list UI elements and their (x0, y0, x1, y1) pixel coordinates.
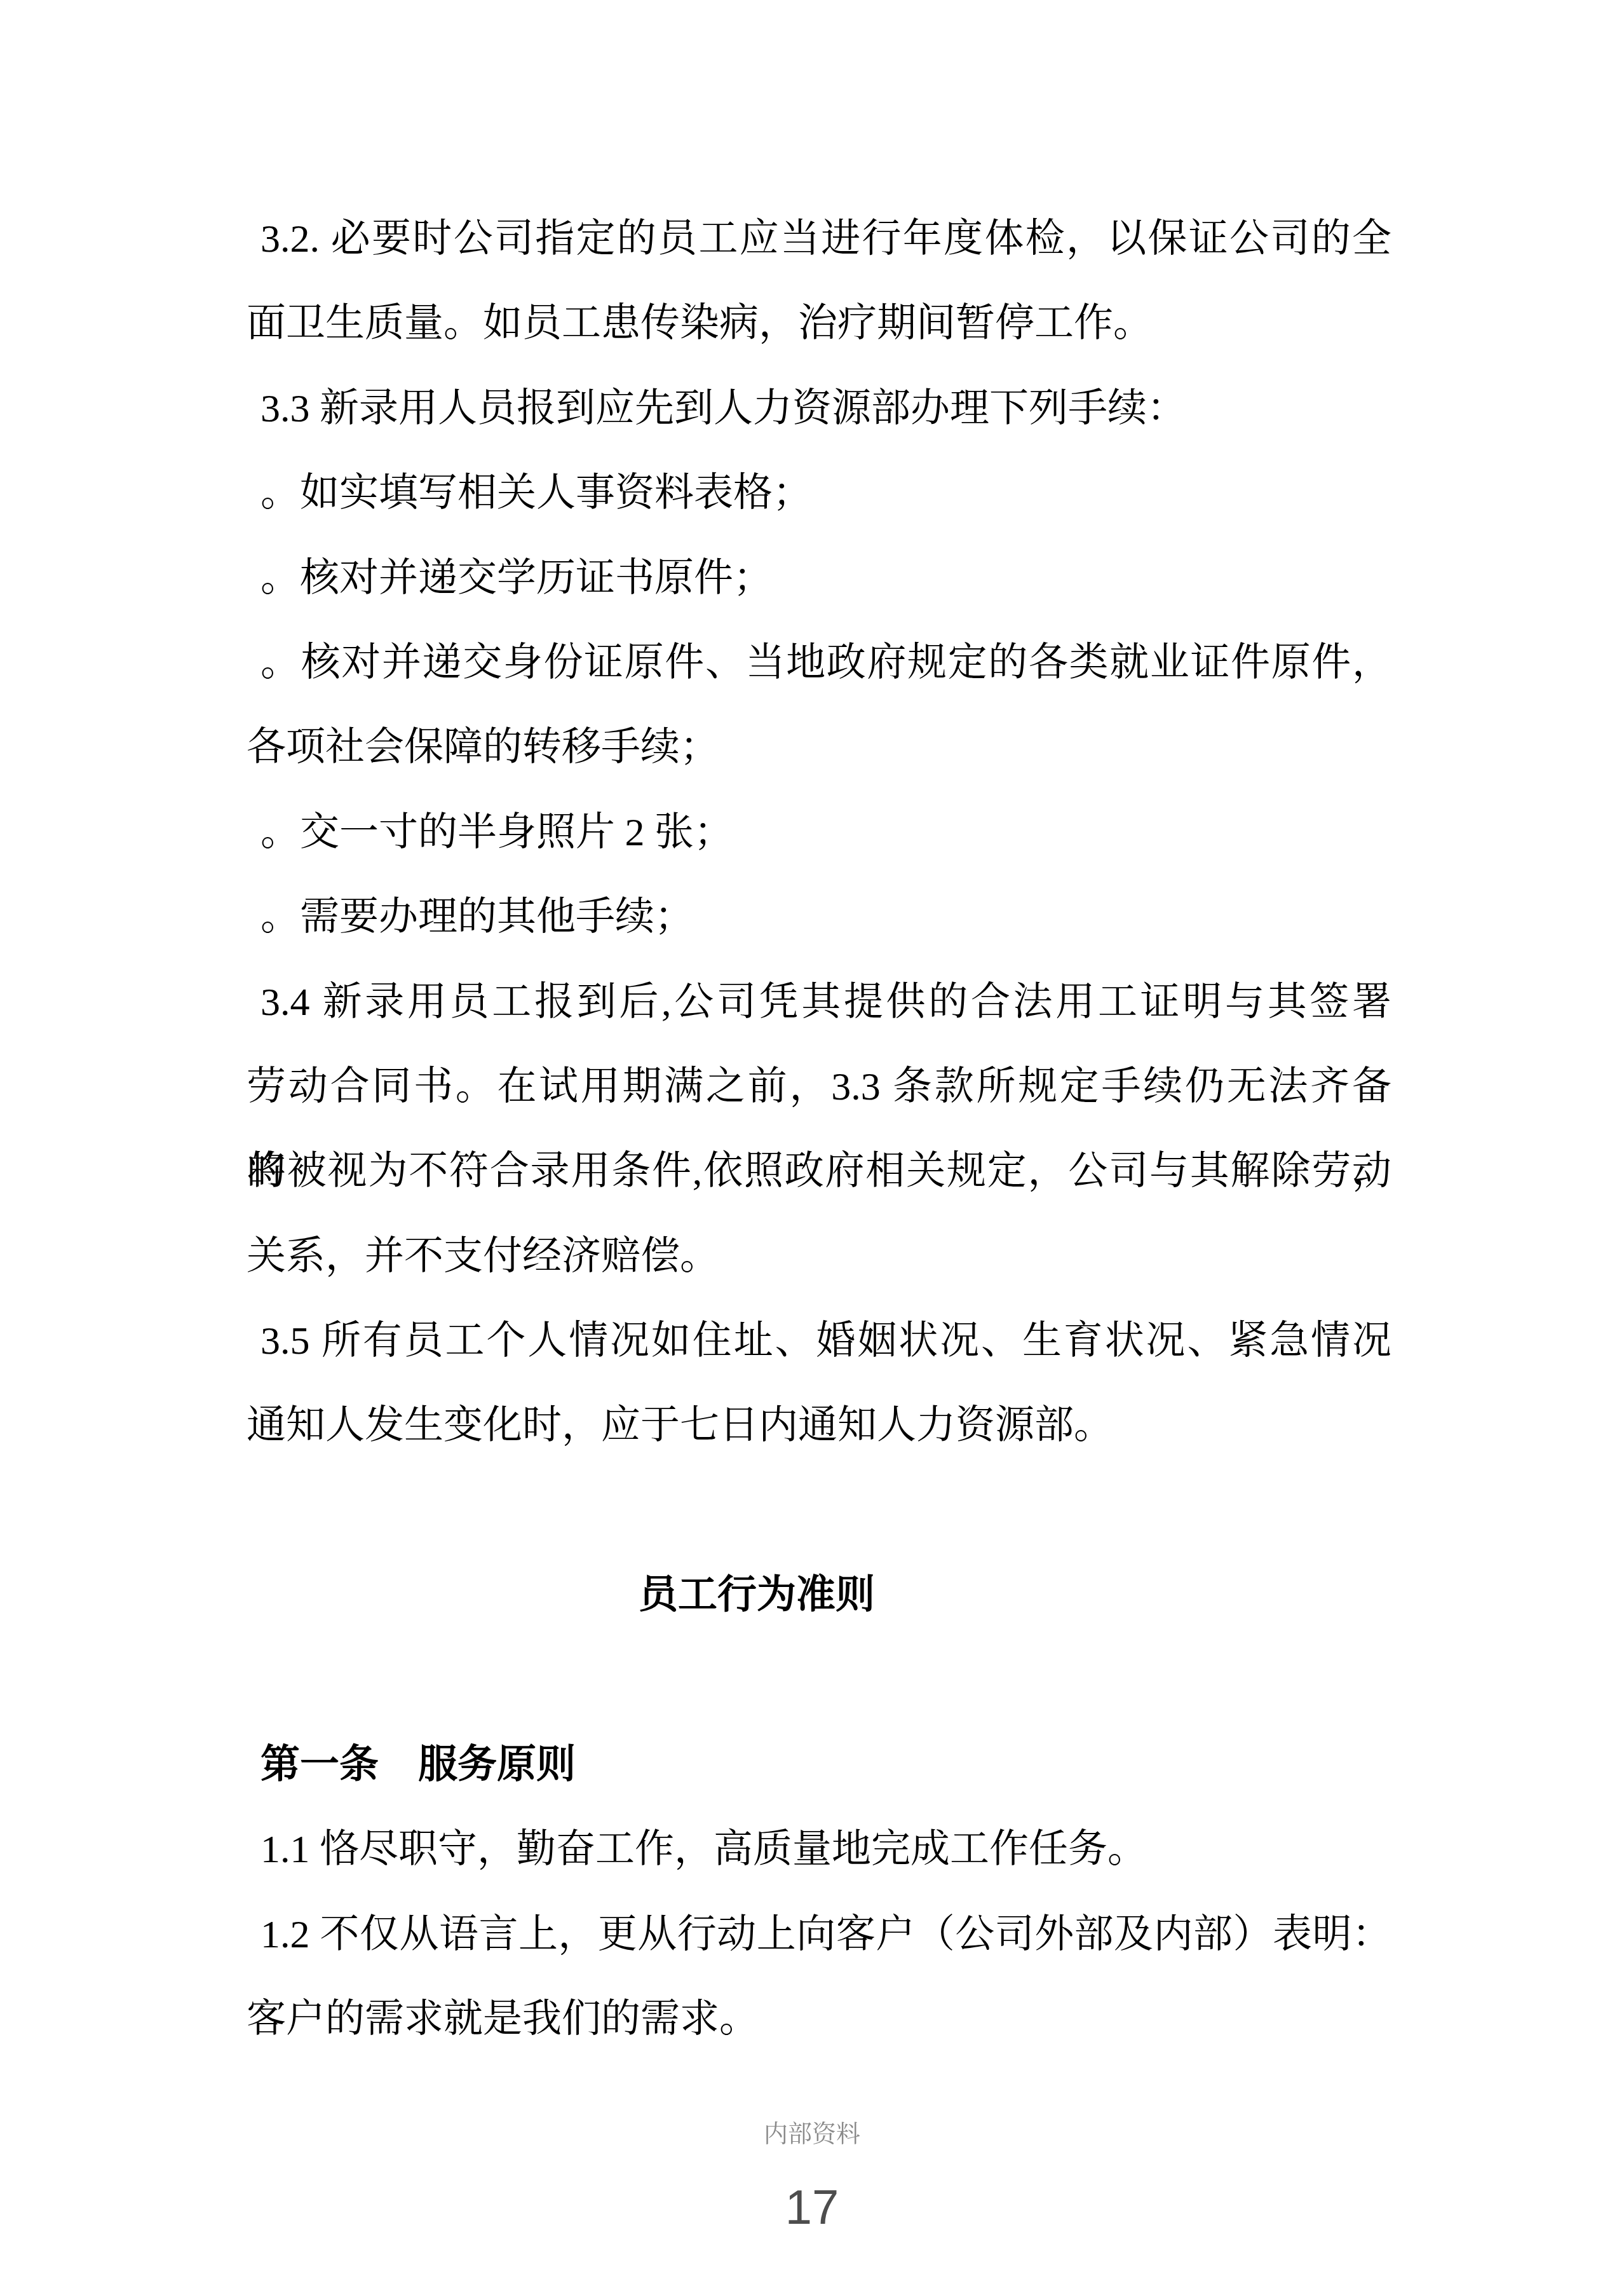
list-item: 。核对并递交身份证原件、当地政府规定的各类就业证件原件， (247, 621, 1391, 705)
document-body: 3.2. 必要时公司指定的员工应当进行年度体检，以保证公司的全 面卫生质量。如员… (247, 197, 1391, 2062)
list-item: 。交一寸的半身照片 2 张； (247, 791, 1391, 875)
body-line: 将被视为不符合录用条件,依照政府相关规定，公司与其解除劳动 (247, 1129, 1391, 1214)
body-line: 劳动合同书。在试用期满之前，3.3 条款所规定手续仍无法齐备的， (247, 1045, 1391, 1129)
section-heading: 员工行为准则 (184, 1553, 1329, 1638)
list-item: 。需要办理的其他手续； (247, 875, 1391, 960)
footer-watermark: 内部资料 (0, 2121, 1624, 2148)
body-line: 客户的需求就是我们的需求。 (247, 1977, 1391, 2062)
body-line: 面卫生质量。如员工患传染病，治疗期间暂停工作。 (247, 282, 1391, 366)
body-line: 通知人发生变化时，应于七日内通知人力资源部。 (247, 1384, 1391, 1468)
body-line: 1.1 恪尽职守，勤奋工作，高质量地完成工作任务。 (247, 1808, 1391, 1892)
body-line: 关系，并不支付经济赔偿。 (247, 1215, 1391, 1299)
body-line: 3.4 新录用员工报到后,公司凭其提供的合法用工证明与其签署 (247, 960, 1391, 1045)
document-page: 3.2. 必要时公司指定的员工应当进行年度体检，以保证公司的全 面卫生质量。如员… (0, 0, 1624, 2288)
list-item: 。核对并递交学历证书原件； (247, 536, 1391, 621)
body-line: 3.5 所有员工个人情况如住址、婚姻状况、生育状况、紧急情况 (247, 1299, 1391, 1384)
body-line: 3.2. 必要时公司指定的员工应当进行年度体检，以保证公司的全 (247, 197, 1391, 282)
body-line: 1.2 不仅从语言上，更从行动上向客户（公司外部及内部）表明： (247, 1893, 1391, 1977)
page-number: 17 (0, 2180, 1624, 2235)
body-line: 各项社会保障的转移手续； (247, 705, 1391, 790)
list-item: 。如实填写相关人事资料表格； (247, 451, 1391, 536)
article-heading: 第一条 服务原则 (247, 1723, 1391, 1808)
body-line: 3.3 新录用人员报到应先到人力资源部办理下列手续： (247, 367, 1391, 451)
